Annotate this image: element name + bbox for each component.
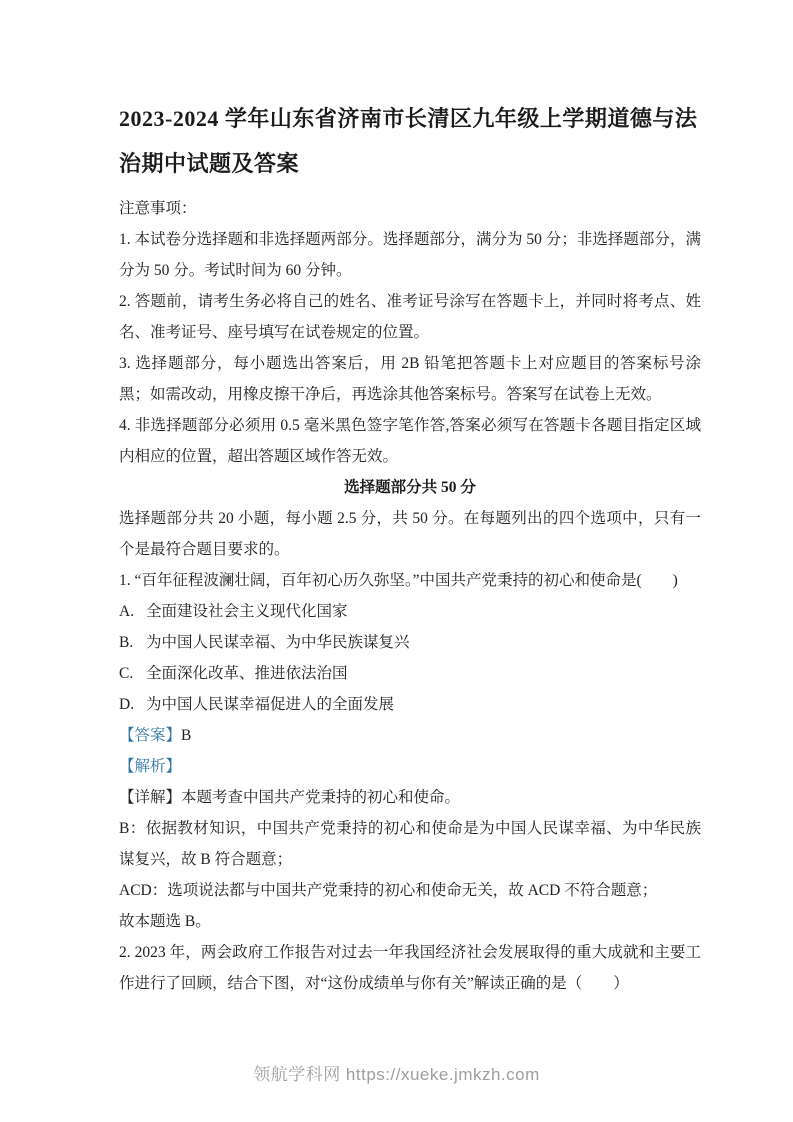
notice-item-3: 3. 选择题部分，每小题选出答案后，用 2B 铅笔把答题卡上对应题目的答案标号涂… (119, 348, 701, 410)
watermark-footer: 领航学科网 https://xueke.jmkzh.com (0, 1063, 793, 1087)
exam-document-page: 2023-2024 学年山东省济南市长清区九年级上学期道德与法 治期中试题及答案… (0, 0, 793, 1122)
explanation-line-2: B：依据教材知识，中国共产党秉持的初心和使命是为中国人民谋幸福、为中华民族谋复兴… (119, 813, 701, 875)
document-content: 2023-2024 学年山东省济南市长清区九年级上学期道德与法 治期中试题及答案… (119, 96, 701, 999)
notice-item-1: 1. 本试卷分选择题和非选择题两部分。选择题部分，满分为 50 分；非选择题部分… (119, 224, 701, 286)
page-title-line2: 治期中试题及答案 (119, 141, 701, 186)
page-title: 2023-2024 学年山东省济南市长清区九年级上学期道德与法 治期中试题及答案 (119, 96, 701, 186)
analysis-line: 【解析】 (119, 751, 701, 782)
question-1-option-b: B.为中国人民谋幸福、为中华民族谋复兴 (119, 627, 701, 658)
section-intro: 选择题部分共 20 小题，每小题 2.5 分，共 50 分。在每题列出的四个选项… (119, 503, 701, 565)
section-heading-choice-part: 选择题部分共 50 分 (119, 472, 701, 503)
option-c-text: 全面深化改革、推进依法治国 (146, 665, 348, 682)
answer-line: 【答案】B (119, 720, 701, 751)
option-a-label: A. (119, 596, 135, 627)
question-1-stem: 1. “百年征程波澜壮阔，百年初心历久弥坚。”中国共产党秉持的初心和使命是( ) (119, 565, 701, 596)
option-b-text: 为中国人民谋幸福、为中华民族谋复兴 (146, 634, 410, 651)
option-a-text: 全面建设社会主义现代化国家 (146, 603, 348, 620)
answer-label: 【答案】 (119, 727, 181, 744)
question-1-option-c: C.全面深化改革、推进依法治国 (119, 658, 701, 689)
explanation-line-1: 【详解】本题考查中国共产党秉持的初心和使命。 (119, 782, 701, 813)
explanation-line-4: 故本题选 B。 (119, 906, 701, 937)
option-c-label: C. (119, 658, 135, 689)
option-d-label: D. (119, 689, 135, 720)
explanation-line-3: ACD：选项说法都与中国共产党秉持的初心和使命无关，故 ACD 不符合题意； (119, 875, 701, 906)
option-b-label: B. (119, 627, 135, 658)
option-d-text: 为中国人民谋幸福促进人的全面发展 (146, 696, 394, 713)
question-1-option-a: A.全面建设社会主义现代化国家 (119, 596, 701, 627)
answer-value: B (181, 727, 191, 744)
analysis-label: 【解析】 (119, 758, 181, 775)
notice-item-2: 2. 答题前，请考生务必将自己的姓名、准考证号涂写在答题卡上，并同时将考点、姓名… (119, 286, 701, 348)
notice-item-4: 4. 非选择题部分必须用 0.5 毫米黑色签字笔作答,答案必须写在答题卡各题目指… (119, 410, 701, 472)
question-1-option-d: D.为中国人民谋幸福促进人的全面发展 (119, 689, 701, 720)
notice-heading: 注意事项： (119, 193, 701, 224)
question-2-stem: 2. 2023 年，两会政府工作报告对过去一年我国经济社会发展取得的重大成就和主… (119, 937, 701, 999)
page-title-line1: 2023-2024 学年山东省济南市长清区九年级上学期道德与法 (119, 96, 701, 141)
